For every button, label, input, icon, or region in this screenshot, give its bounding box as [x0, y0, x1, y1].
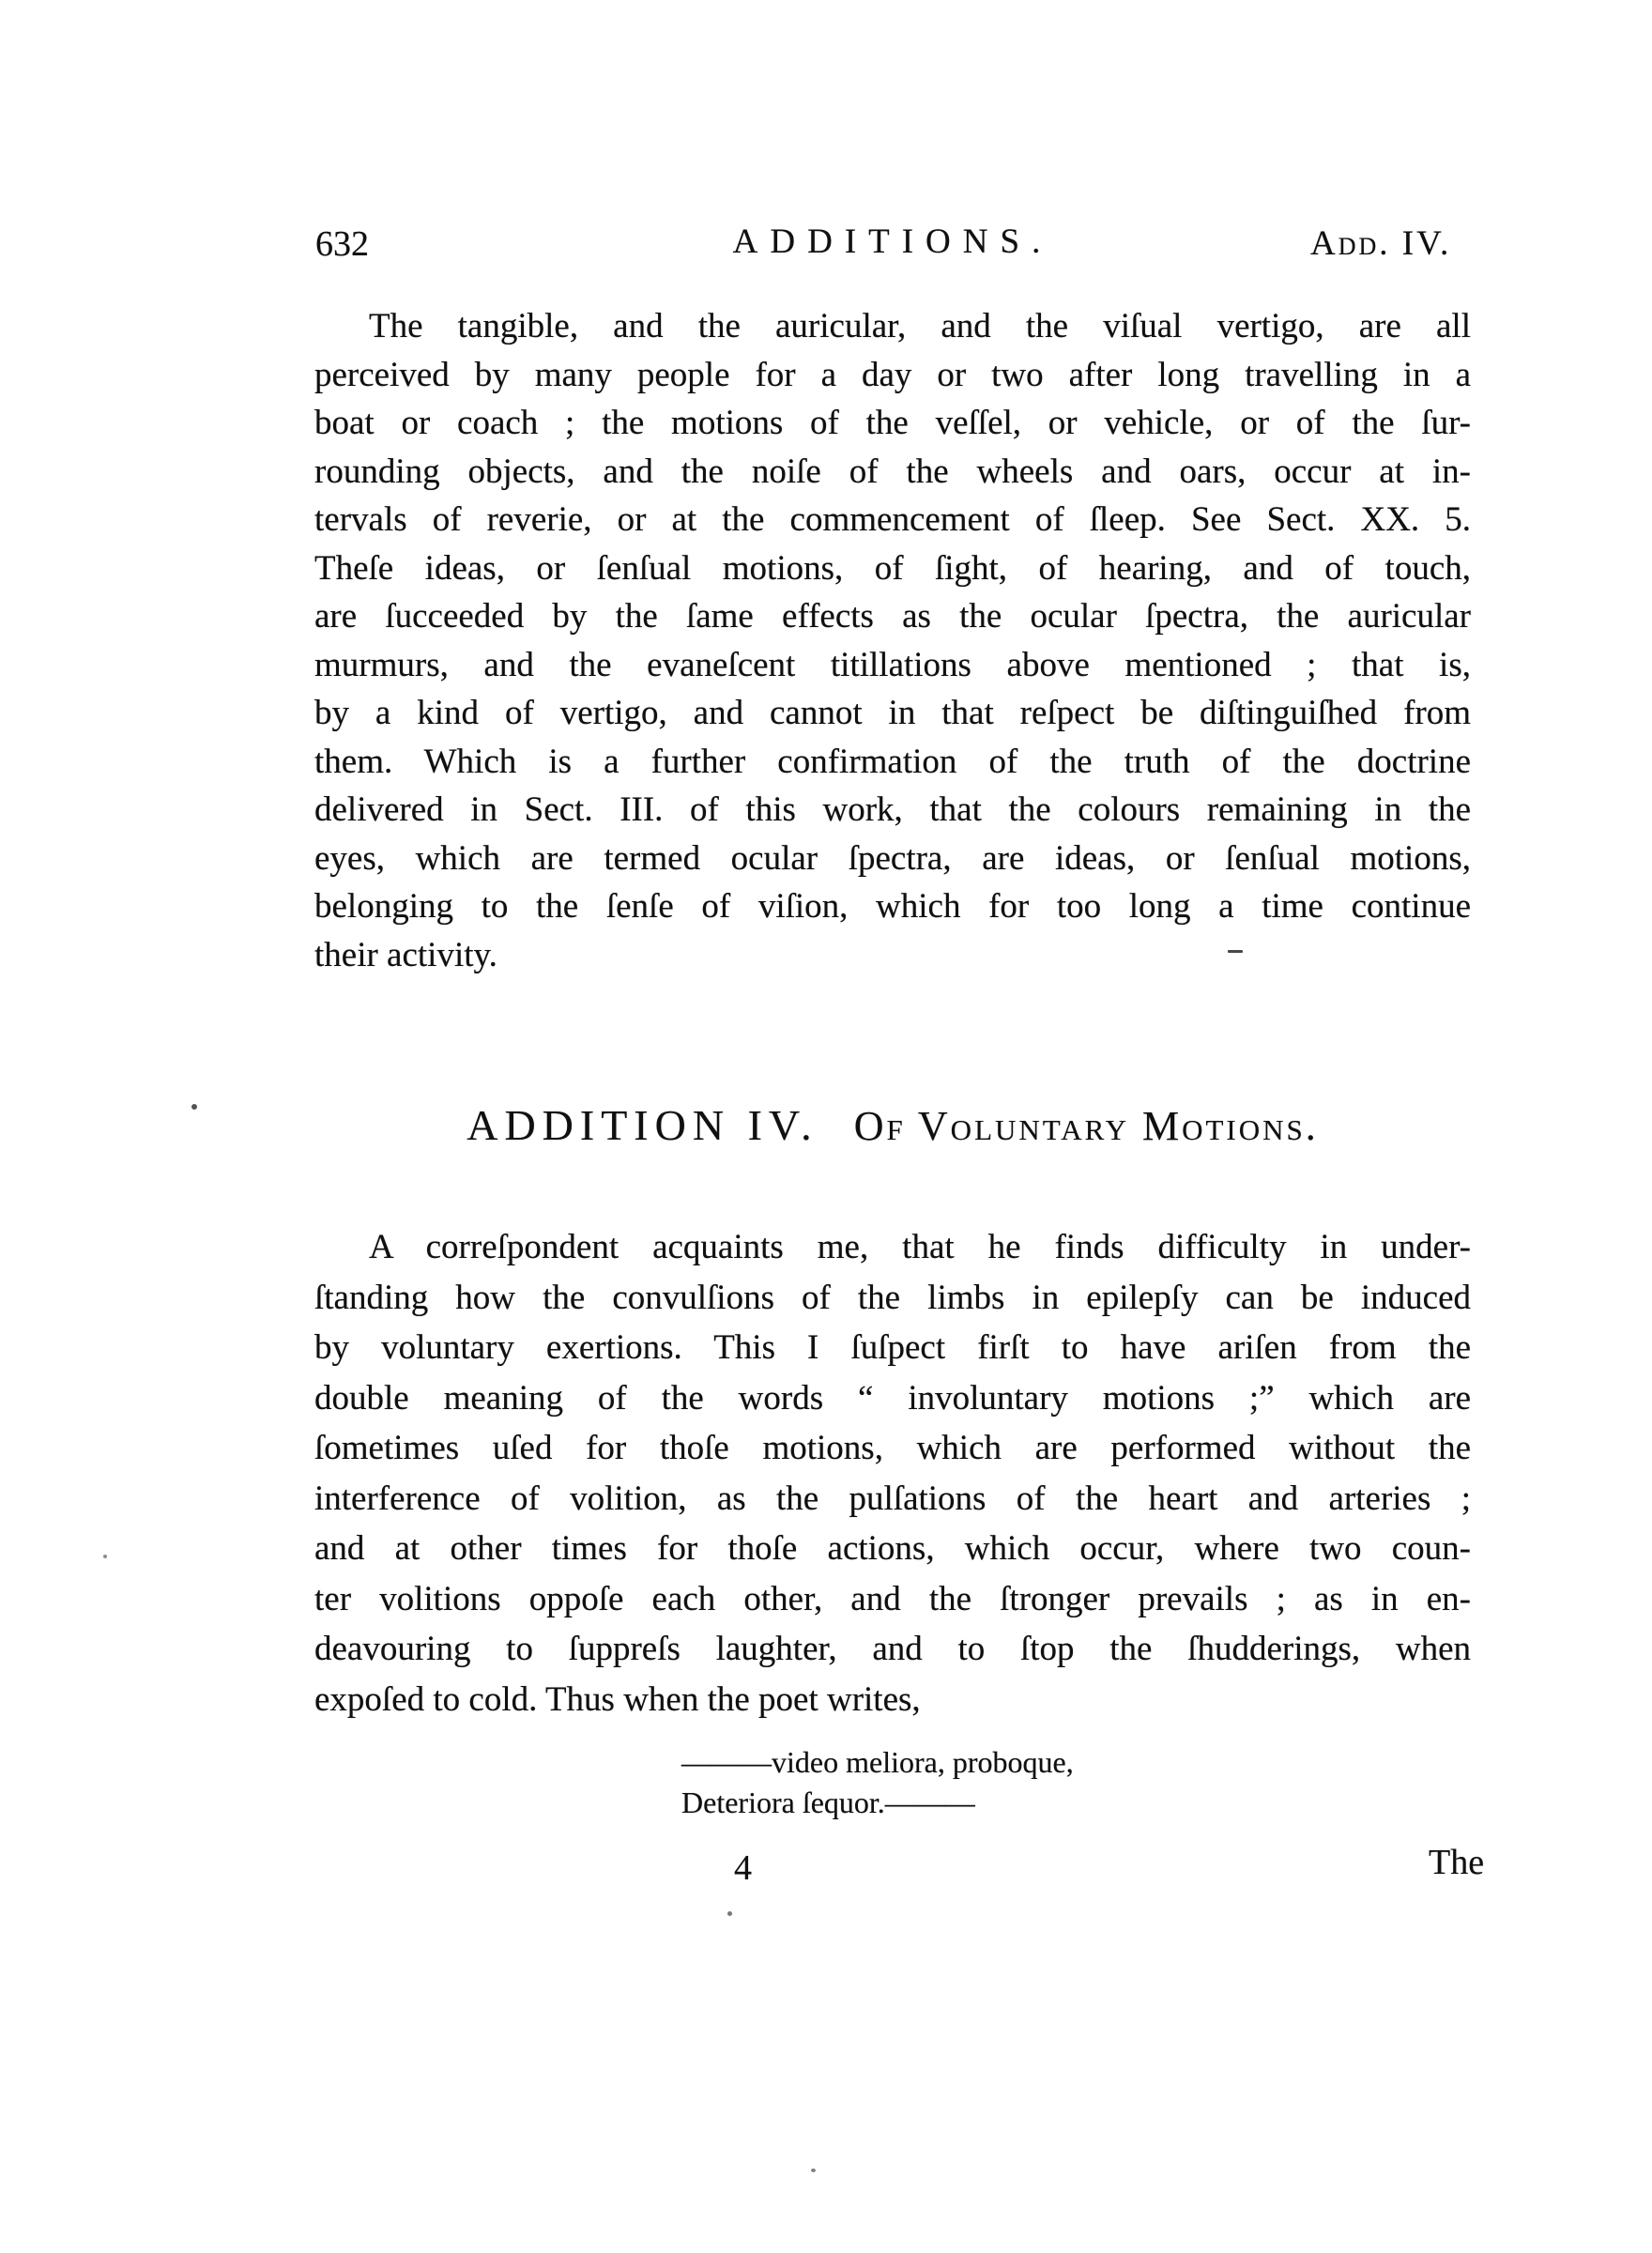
text-line: them. Which is a further confirmation of…: [314, 738, 1471, 787]
text-line: are ſucceeded by the ſame effects as the…: [314, 592, 1471, 641]
verse-line: Deteriora ſequor.———: [681, 1783, 1074, 1823]
ink-speck: [811, 2169, 816, 2172]
paragraph-voluntary-motions: A correſpondent acquaints me, that he fi…: [314, 1222, 1471, 1724]
text-line: and at other times for thoſe actions, wh…: [314, 1524, 1471, 1574]
text-line: by a kind of vertigo, and cannot in that…: [314, 689, 1471, 738]
verse-quotation: ———video meliora, proboque, Deteriora ſe…: [681, 1742, 1074, 1823]
text-line: A correſpondent acquaints me, that he fi…: [314, 1222, 1471, 1273]
ink-speck: [103, 1555, 107, 1558]
ink-speck: [727, 1911, 732, 1916]
text-line: rounding objects, and the noiſe of the w…: [314, 448, 1471, 497]
text-line: their activity.: [314, 931, 1471, 980]
text-line: belonging to the ſenſe of viſion, which …: [314, 882, 1471, 931]
text-line: ter volitions oppoſe each other, and the…: [314, 1574, 1471, 1625]
text-line: Theſe ideas, or ſenſual motions, of ſigh…: [314, 544, 1471, 593]
text-line: deavouring to ſuppreſs laughter, and to …: [314, 1624, 1471, 1675]
running-title: ADDITIONS.: [314, 222, 1471, 262]
text-line: interference of volition, as the pulſati…: [314, 1474, 1471, 1525]
ink-speck: [191, 1104, 197, 1110]
book-page: 632 ADDITIONS. Add. IV. The tangible, an…: [0, 0, 1652, 2253]
text-line: The tangible, and the auricular, and the…: [314, 302, 1471, 351]
ink-speck: [1228, 950, 1243, 953]
text-line: boat or coach ; the motions of the veſſe…: [314, 399, 1471, 448]
signature-mark: 4: [734, 1847, 752, 1889]
text-line: murmurs, and the evaneſcent titillations…: [314, 641, 1471, 690]
text-line: delivered in Sect. III. of this work, th…: [314, 786, 1471, 835]
text-line: tervals of reverie, or at the commenceme…: [314, 496, 1471, 544]
section-heading-title: Of Voluntary Motions.: [854, 1102, 1319, 1150]
running-section-label: Add. IV.: [1310, 223, 1451, 264]
paragraph-vertigo: The tangible, and the auricular, and the…: [314, 302, 1471, 979]
text-line: ſtanding how the convulſions of the limb…: [314, 1273, 1471, 1324]
catchword: The: [1429, 1842, 1484, 1883]
verse-line: ———video meliora, proboque,: [681, 1742, 1074, 1783]
section-heading: ADDITION IV. Of Voluntary Motions.: [314, 1100, 1471, 1150]
text-line: ſometimes uſed for thoſe motions, which …: [314, 1423, 1471, 1474]
text-line: eyes, which are termed ocular ſpectra, a…: [314, 835, 1471, 883]
text-line: expoſed to cold. Thus when the poet writ…: [314, 1675, 1471, 1725]
text-line: double meaning of the words “ involuntar…: [314, 1373, 1471, 1424]
text-line: perceived by many people for a day or tw…: [314, 351, 1471, 400]
section-heading-number: ADDITION IV.: [467, 1100, 818, 1150]
text-line: by voluntary exertions. This I ſuſpect f…: [314, 1323, 1471, 1373]
